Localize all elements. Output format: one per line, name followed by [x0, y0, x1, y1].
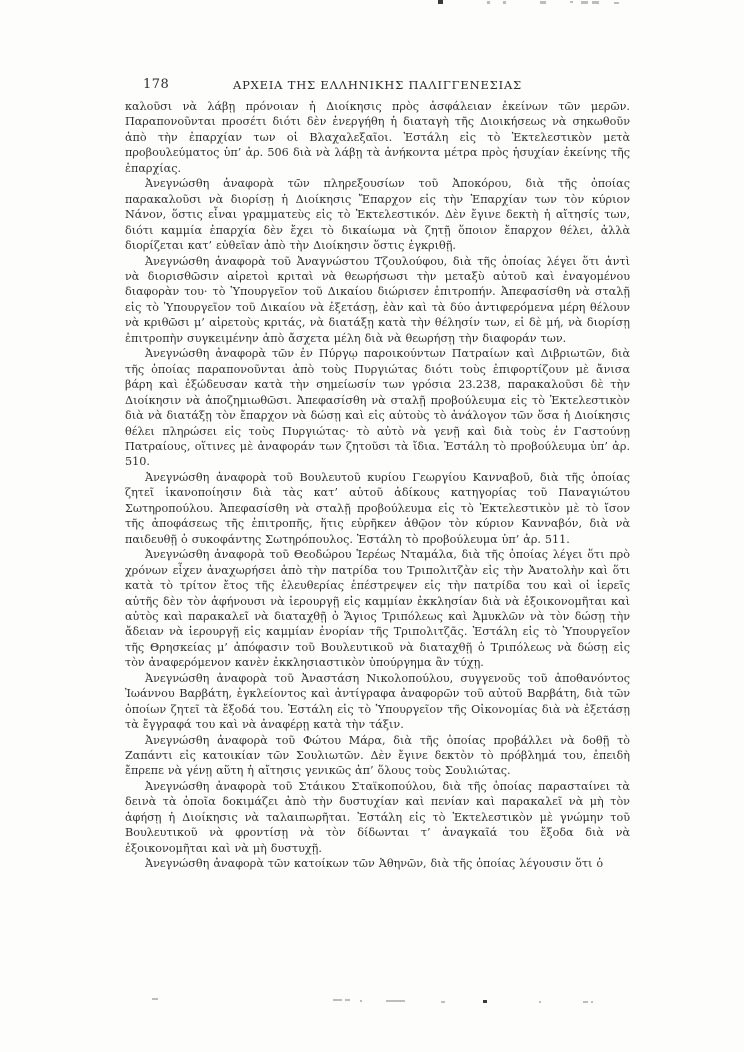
- running-title: ΑΡΧΕΙΑ ΤΗΣ ΕΛΛΗΝΙΚΗΣ ΠΑΛΙΓΓΕΝΕΣΙΑΣ: [125, 78, 630, 92]
- scan-artifact: [487, 1, 490, 4]
- paragraph: Ἀνεγνώσθη ἀναφορὰ τοῦ Στάικου Σταϊκοπούλ…: [125, 779, 630, 856]
- paragraph: Ἀνεγνώσθη ἀναφορὰ τοῦ Ἀναγνώστου Τζουλού…: [125, 254, 630, 347]
- paragraph: Ἀνεγνώσθη ἀναφορὰ τῶν πληρεξουσίων τοῦ Ἀ…: [125, 176, 630, 253]
- page-header: 178 ΑΡΧΕΙΑ ΤΗΣ ΕΛΛΗΝΙΚΗΣ ΠΑΛΙΓΓΕΝΕΣΙΑΣ: [125, 77, 630, 93]
- paragraph: Ἀνεγνώσθη ἀναφορὰ τοῦ Βουλευτοῦ κυρίου Γ…: [125, 470, 630, 547]
- scan-artifact: [386, 1000, 405, 1002]
- scan-artifact: [345, 999, 350, 1001]
- scan-artifact: [581, 1, 588, 4]
- paragraph: Ἀνεγνώσθη ἀναφορὰ τοῦ Φώτου Μάρα, διὰ τῆ…: [125, 733, 630, 779]
- scan-artifact: [591, 1001, 593, 1003]
- scan-artifact: [483, 1000, 487, 1003]
- scan-artifact: [441, 1001, 445, 1003]
- paragraph: Ἀνεγνώσθη ἀναφορὰ τῶν ἐν Πύργῳ παροικούν…: [125, 346, 630, 470]
- scan-artifact: [539, 1001, 541, 1003]
- text-column: καλοῦσι νὰ λάβῃ πρόνοιαν ἡ Διοίκησις πρὸ…: [125, 99, 630, 872]
- paragraph: Ἀνεγνώσθη ἀναφορὰ τῶν κατοίκων τῶν Ἀθηνῶ…: [125, 856, 630, 871]
- scan-artifact: [152, 998, 158, 1000]
- paragraph: καλοῦσι νὰ λάβῃ πρόνοιαν ἡ Διοίκησις πρὸ…: [125, 99, 630, 176]
- scan-artifact: [360, 1000, 362, 1002]
- paragraph: Ἀνεγνώσθη ἀναφορὰ τοῦ Θεοδώρου Ἱερέως Ντ…: [125, 547, 630, 671]
- scan-artifact: [438, 0, 443, 4]
- scan-artifact: [540, 1, 546, 4]
- scan-artifact: [570, 1, 573, 3]
- scan-artifact: [583, 1001, 588, 1003]
- paragraph: Ἀνεγνώσθη ἀναφορὰ τοῦ Ἀναστάση Νικολοπού…: [125, 671, 630, 733]
- scan-artifact: [503, 1, 506, 4]
- scan-artifact: [614, 2, 619, 4]
- scan-artifact: [333, 999, 342, 1001]
- scan-artifact: [592, 1, 599, 4]
- document-page: 178 ΑΡΧΕΙΑ ΤΗΣ ΕΛΛΗΝΙΚΗΣ ΠΑΛΙΓΓΕΝΕΣΙΑΣ κ…: [0, 0, 744, 1052]
